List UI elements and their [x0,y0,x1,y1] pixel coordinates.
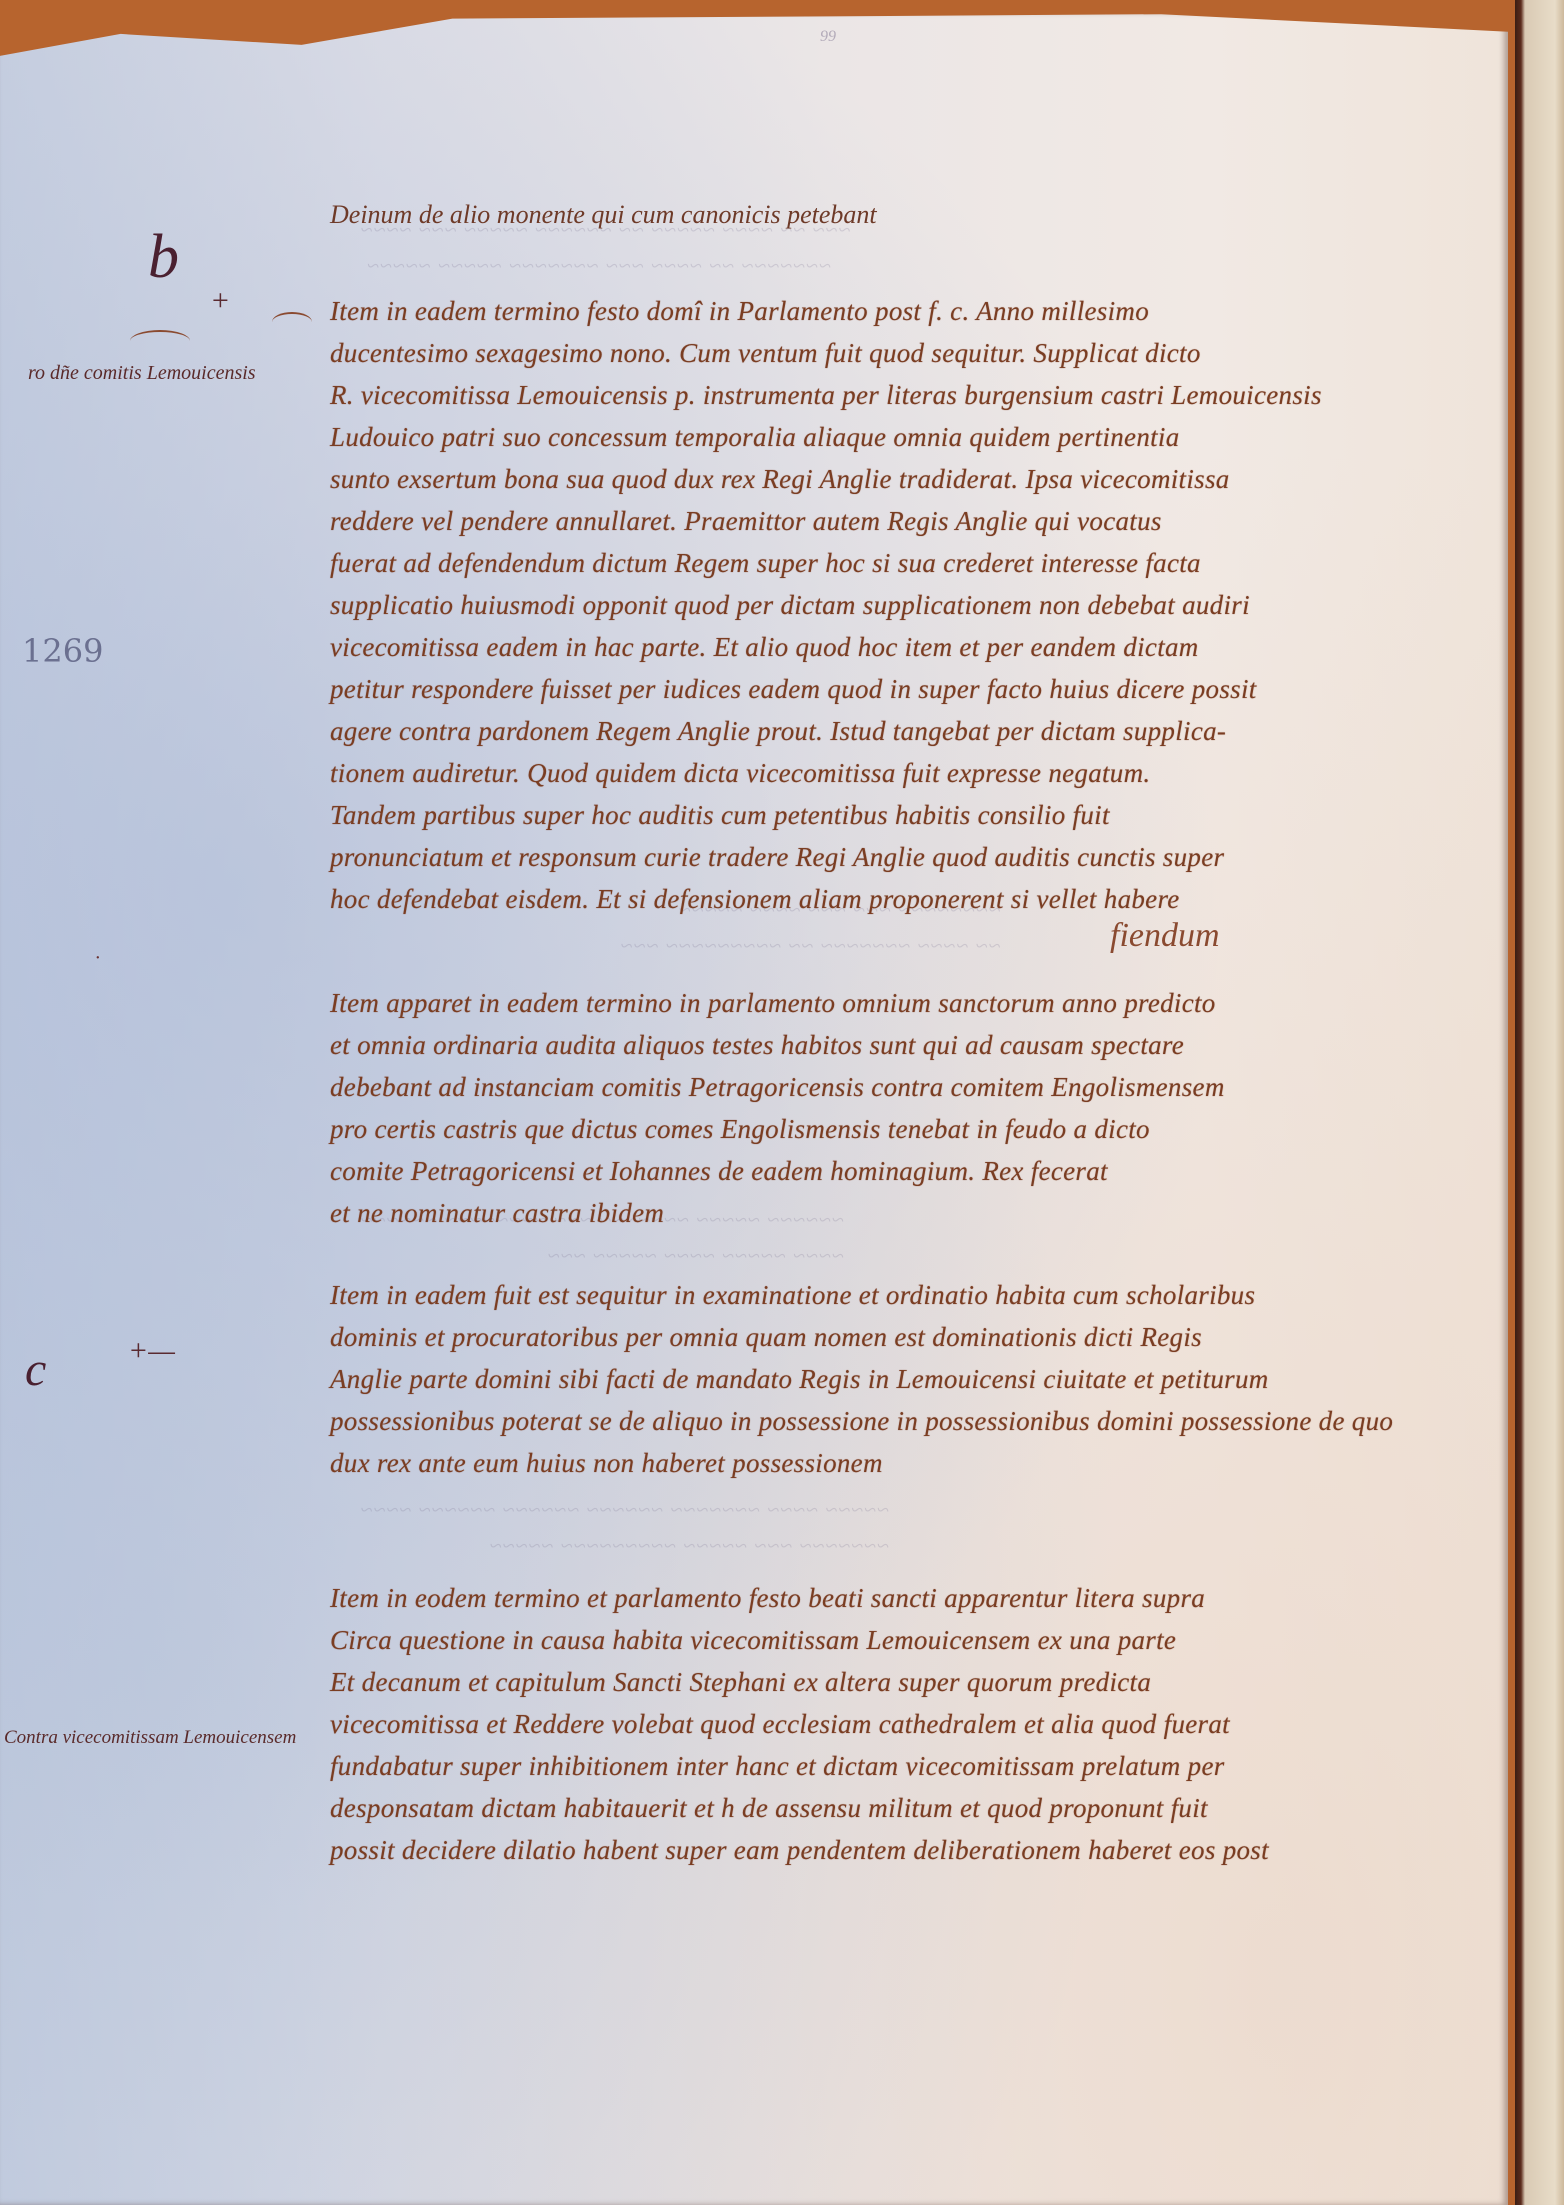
manuscript-page: 99 ~~~ ~~ ~~~~ ~~~~~ ~~ ~~~~~~ ~~~~~ ~~~… [0,12,1508,2205]
text-line: Tandem partibus super hoc auditis cum pe… [330,794,1322,836]
margin-cross-mark: + [210,284,230,318]
text-line: Anglie parte domini sibi facti de mandat… [330,1358,1393,1400]
text-line: Circa questione in causa habita vicecomi… [330,1620,1269,1662]
text-line: supplicatio huiusmodi opponit quod per d… [330,584,1322,626]
text-line: reddere vel pendere annullaret. Praemitt… [330,500,1322,542]
text-line: et omnia ordinaria audita aliquos testes… [330,1024,1225,1066]
margin-letter-c: c [25,1342,46,1397]
paragraph-2: Item apparet in eadem termino in parlame… [330,982,1225,1234]
text-line: Item in eadem fuit est sequitur in exami… [330,1274,1393,1316]
text-line: pro certis castris que dictus comes Engo… [330,1108,1225,1150]
verso-bleed-through: ~~~~~ ~~~~ ~~~~~~~ ~~~~~~ ~~~~~~ ~~~~~~ … [360,1492,889,1564]
margin-flourish [272,312,312,332]
text-line: petitur respondere fuisset per iudices e… [330,668,1322,710]
text-line: debebant ad instanciam comitis Petragori… [330,1066,1225,1108]
paragraph-end-mark: fiendum [1110,917,1220,955]
text-line: R. vicecomitissa Lemouicensis p. instrum… [330,374,1322,416]
text-line: Item apparet in eadem termino in parlame… [330,982,1225,1024]
paragraph-3: Item in eadem fuit est sequitur in exami… [330,1274,1393,1484]
margin-flourish [130,330,190,352]
text-line: vicecomitissa et Reddere volebat quod ec… [330,1704,1269,1746]
margin-dash-mark: +— [128,1334,175,1368]
text-line: hoc defendebat eisdem. Et si defensionem… [330,878,1322,920]
text-line: tionem audiretur. Quod quidem dicta vice… [330,752,1322,794]
text-line: possit decidere dilatio habent super eam… [330,1830,1269,1872]
text-line: et ne nominatur castra ibidem [330,1192,1225,1234]
text-line: dominis et procuratoribus per omnia quam… [330,1316,1393,1358]
text-line: Et decanum et capitulum Sancti Stephani … [330,1662,1269,1704]
margin-letter-b: b [148,222,179,293]
text-line: dux rex ante eum huius non haberet posse… [330,1442,1393,1484]
book-binding-edge [1515,0,1564,2205]
text-line: desponsatam dictam habitauerit et h de a… [330,1788,1269,1830]
text-line: Item in eadem termino festo domî in Parl… [330,290,1322,332]
section-heading: Deinum de alio monente qui cum canonicis… [330,200,877,230]
text-line: pronunciatum et responsum curie tradere … [330,836,1322,878]
margin-note-top: ro dñe comitis Lemouicensis [28,362,256,385]
margin-dot: · [95,947,100,970]
text-line: agere contra pardonem Regem Anglie prout… [330,710,1322,752]
text-line: fundabatur super inhibitionem inter hanc… [330,1746,1269,1788]
margin-year: 1269 [22,632,103,670]
text-line: possessionibus poterat se de aliquo in p… [330,1400,1393,1442]
margin-note-bottom: Contra vicecomitissam Lemouicensem [4,1727,296,1749]
text-line: Item in eodem termino et parlamento fest… [330,1578,1269,1620]
text-line: vicecomitissa eadem in hac parte. Et ali… [330,626,1322,668]
text-line: fuerat ad defendendum dictum Regem super… [330,542,1322,584]
text-line: Ludouico patri suo concessum temporalia … [330,416,1322,458]
paragraph-4: Item in eodem termino et parlamento fest… [330,1578,1269,1872]
paragraph-1: Item in eadem termino festo domî in Parl… [330,290,1322,920]
text-line: sunto exsertum bona sua quod dux rex Reg… [330,458,1322,500]
folio-number: 99 [820,28,836,46]
text-line: comite Petragoricensi et Iohannes de ead… [330,1150,1225,1192]
text-line: ducentesimo sexagesimo nono. Cum ventum … [330,332,1322,374]
